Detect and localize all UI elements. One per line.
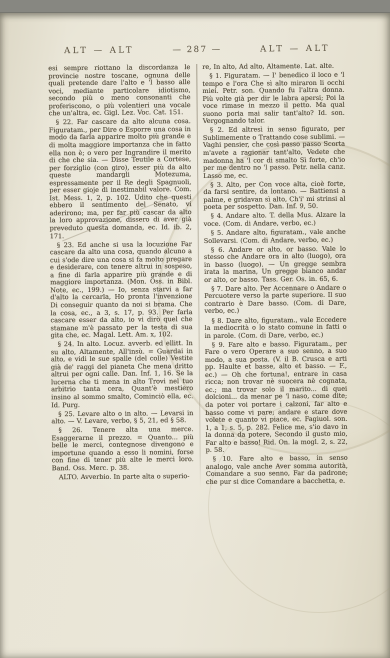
paragraph: § 8. Dare alto, figuratam., vale Ecceder… <box>204 316 346 340</box>
running-head: ALT — ALT — 287 — ALT — ALT <box>48 44 344 57</box>
paragraph: § 25. Levare alto o in alto. — Levarsi i… <box>51 410 193 426</box>
paragraph: § 26. Tenere alta una merce. Esaggerarne… <box>51 426 193 473</box>
paragraph: § 4. Andare alto. T. della Mus. Alzare l… <box>204 212 346 228</box>
two-column-layout: esi sempre riottano la discordanza le pr… <box>48 63 348 490</box>
printed-text-block: ALT — ALT — 287 — ALT — ALT esi sempre r… <box>48 44 348 490</box>
paragraph: § 22. Far cascare da alto alcuna cosa. F… <box>49 118 192 240</box>
paragraph: § 2. Ed altresì in senso figurato, per S… <box>203 126 345 180</box>
paragraph: ALTO. Avverbio. In parte alta o superio- <box>52 473 194 482</box>
scanned-book-page: ALT — ALT — 287 — ALT — ALT esi sempre r… <box>0 12 390 658</box>
page-number: — 287 — <box>172 45 221 55</box>
paragraph: § 9. Fare alto e basso. Figuratam., per … <box>205 340 348 454</box>
paragraph: esi sempre riottano la discordanza le pr… <box>48 64 190 118</box>
text-column-left: esi sempre riottano la discordanza le pr… <box>48 64 194 489</box>
paragraph: § 7. Dare alto. Per Accennare o Andare o… <box>204 285 346 316</box>
paragraph: § 5. Andare alto, figuratam., vale anche… <box>204 229 346 245</box>
paragraph: § 24. In alto. Locuz. avverb. ed ellitt.… <box>51 340 194 409</box>
paragraph: § 23. Ed anche si usa la locuzione Far c… <box>50 241 193 340</box>
paragraph: § 6. Andare or alto, or basso. Vale lo s… <box>204 245 346 284</box>
text-column-right: re, In alto, Ad alto, Altamente. Lat. al… <box>202 63 348 488</box>
column-divider-rule <box>196 64 201 488</box>
paragraph: § 3. Alto, per Con voce alta, cioè forte… <box>203 180 345 211</box>
running-head-left: ALT — ALT <box>64 46 134 57</box>
running-head-right: ALT — ALT <box>260 44 330 55</box>
paragraph: § 10. Fare alto e basso, in senso analog… <box>206 455 348 486</box>
paragraph: § 1. Figuratam. — I' benedico il loco e … <box>202 72 344 126</box>
